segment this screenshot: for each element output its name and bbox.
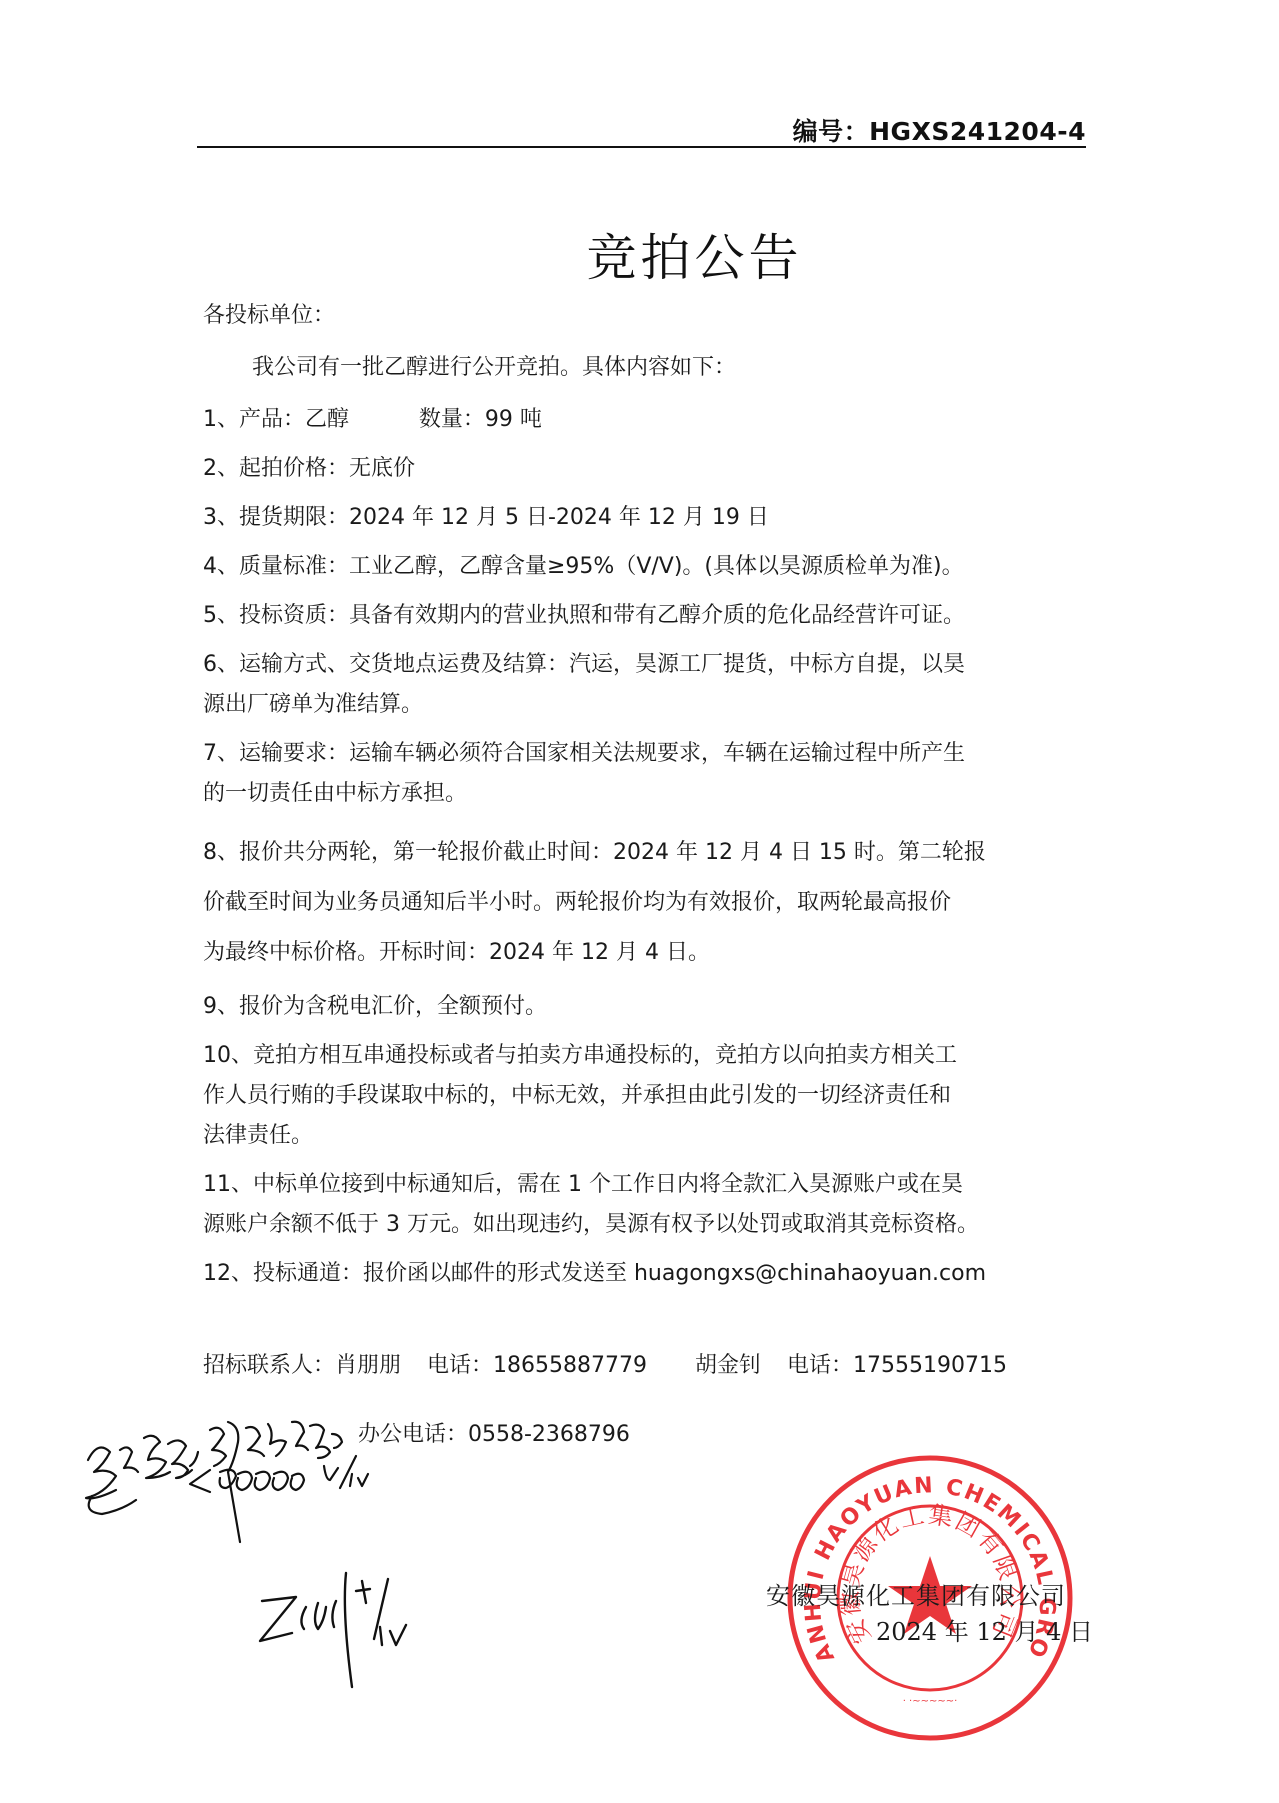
- document-number: 编号：HGXS241204-4: [793, 112, 1086, 148]
- term-item-7: 7、运输要求：运输车辆必须符合国家相关法规要求，车辆在运输过程中所产生 的一切责…: [203, 734, 1083, 814]
- term-item-11: 11、中标单位接到中标通知后，需在 1 个工作日内将全款汇入昊源账户或在昊 源账…: [203, 1165, 1083, 1245]
- term-line: 6、运输方式、交货地点运费及结算：汽运，昊源工厂提货，中标方自提，以昊: [203, 645, 1083, 685]
- term-line: 的一切责任由中标方承担。: [203, 774, 1083, 814]
- intro-paragraph: 我公司有一批乙醇进行公开竞拍。具体内容如下：: [252, 350, 736, 381]
- term-line: 法律责任。: [203, 1116, 1083, 1156]
- handwritten-note-icon: [70, 1400, 370, 1560]
- term-line: 2、起拍价格：无底价: [203, 449, 1083, 489]
- term-line: 3、提货期限：2024 年 12 月 5 日-2024 年 12 月 19 日: [203, 498, 1083, 538]
- term-line: 1、产品：乙醇 数量：99 吨: [203, 400, 1083, 440]
- term-line: 4、质量标准：工业乙醇，乙醇含量≥95%（V/V)。(具体以昊源质检单为准)。: [203, 547, 1083, 587]
- contact-phone-2: 电话：17555190715: [787, 1353, 1007, 1378]
- issue-date: 2024 年 12 月 4 日: [876, 1612, 1093, 1647]
- term-item-2: 2、起拍价格：无底价: [203, 449, 1083, 489]
- contact-person-2: 胡金钊: [695, 1353, 761, 1378]
- term-line: 5、投标资质：具备有效期内的营业执照和带有乙醇介质的危化品经营许可证。: [203, 596, 1083, 636]
- header-divider: [197, 146, 1086, 148]
- term-line: 价截至时间为业务员通知后半小时。两轮报价均为有效报价，取两轮最高报价: [203, 878, 1083, 928]
- term-item-5: 5、投标资质：具备有效期内的营业执照和带有乙醇介质的危化品经营许可证。: [203, 596, 1083, 636]
- term-item-4: 4、质量标准：工业乙醇，乙醇含量≥95%（V/V)。(具体以昊源质检单为准)。: [203, 547, 1083, 587]
- term-line: 7、运输要求：运输车辆必须符合国家相关法规要求，车辆在运输过程中所产生: [203, 734, 1083, 774]
- term-line: 源账户余额不低于 3 万元。如出现违约，昊源有权予以处罚或取消其竞标资格。: [203, 1205, 1083, 1245]
- term-item-12: 12、投标通道：报价函以邮件的形式发送至 huagongxs@chinahaoy…: [203, 1254, 1083, 1294]
- office-phone: 办公电话：0558-2368796: [358, 1417, 630, 1448]
- term-item-6: 6、运输方式、交货地点运费及结算：汽运，昊源工厂提货，中标方自提，以昊 源出厂磅…: [203, 645, 1083, 725]
- term-item-9: 9、报价为含税电汇价，全额预付。: [203, 987, 1083, 1027]
- contact-info: 招标联系人：肖朋朋电话：18655887779胡金钊电话：17555190715: [203, 1348, 1033, 1379]
- term-line: 12、投标通道：报价函以邮件的形式发送至 huagongxs@chinahaoy…: [203, 1254, 1083, 1294]
- contact-phone-1: 电话：18655887779: [427, 1353, 647, 1378]
- term-line: 源出厂磅单为准结算。: [203, 685, 1083, 725]
- term-item-8: 8、报价共分两轮，第一轮报价截止时间：2024 年 12 月 4 日 15 时。…: [203, 828, 1083, 978]
- term-line: 8、报价共分两轮，第一轮报价截止时间：2024 年 12 月 4 日 15 时。…: [203, 828, 1083, 878]
- term-line: 10、竞拍方相互串通投标或者与拍卖方串通投标的，竞拍方以向拍卖方相关工: [203, 1036, 1083, 1076]
- term-item-1: 1、产品：乙醇 数量：99 吨: [203, 400, 1083, 440]
- page-title: 竞拍公告: [0, 218, 1279, 290]
- term-line: 9、报价为含税电汇价，全额预付。: [203, 987, 1083, 1027]
- term-line: 作人员行贿的手段谋取中标的，中标无效，并承担由此引发的一切经济责任和: [203, 1076, 1083, 1116]
- term-item-10: 10、竞拍方相互串通投标或者与拍卖方串通投标的，竞拍方以向拍卖方相关工 作人员行…: [203, 1036, 1083, 1156]
- issuer-company: 安徽昊源化工集团有限公司: [766, 1576, 1066, 1611]
- svg-text:· ·~~~~~·: · ·~~~~~·: [903, 1696, 958, 1707]
- term-line: 11、中标单位接到中标通知后，需在 1 个工作日内将全款汇入昊源账户或在昊: [203, 1165, 1083, 1205]
- contact-person-1: 肖朋朋: [335, 1353, 401, 1378]
- terms-list: 1、产品：乙醇 数量：99 吨 2、起拍价格：无底价 3、提货期限：2024 年…: [203, 400, 1083, 1294]
- contact-label: 招标联系人：: [203, 1353, 335, 1378]
- term-line: 为最终中标价格。开标时间：2024 年 12 月 4 日。: [203, 928, 1083, 978]
- handwritten-signature-icon: [250, 1565, 420, 1695]
- term-item-3: 3、提货期限：2024 年 12 月 5 日-2024 年 12 月 19 日: [203, 498, 1083, 538]
- salutation: 各投标单位：: [203, 298, 335, 329]
